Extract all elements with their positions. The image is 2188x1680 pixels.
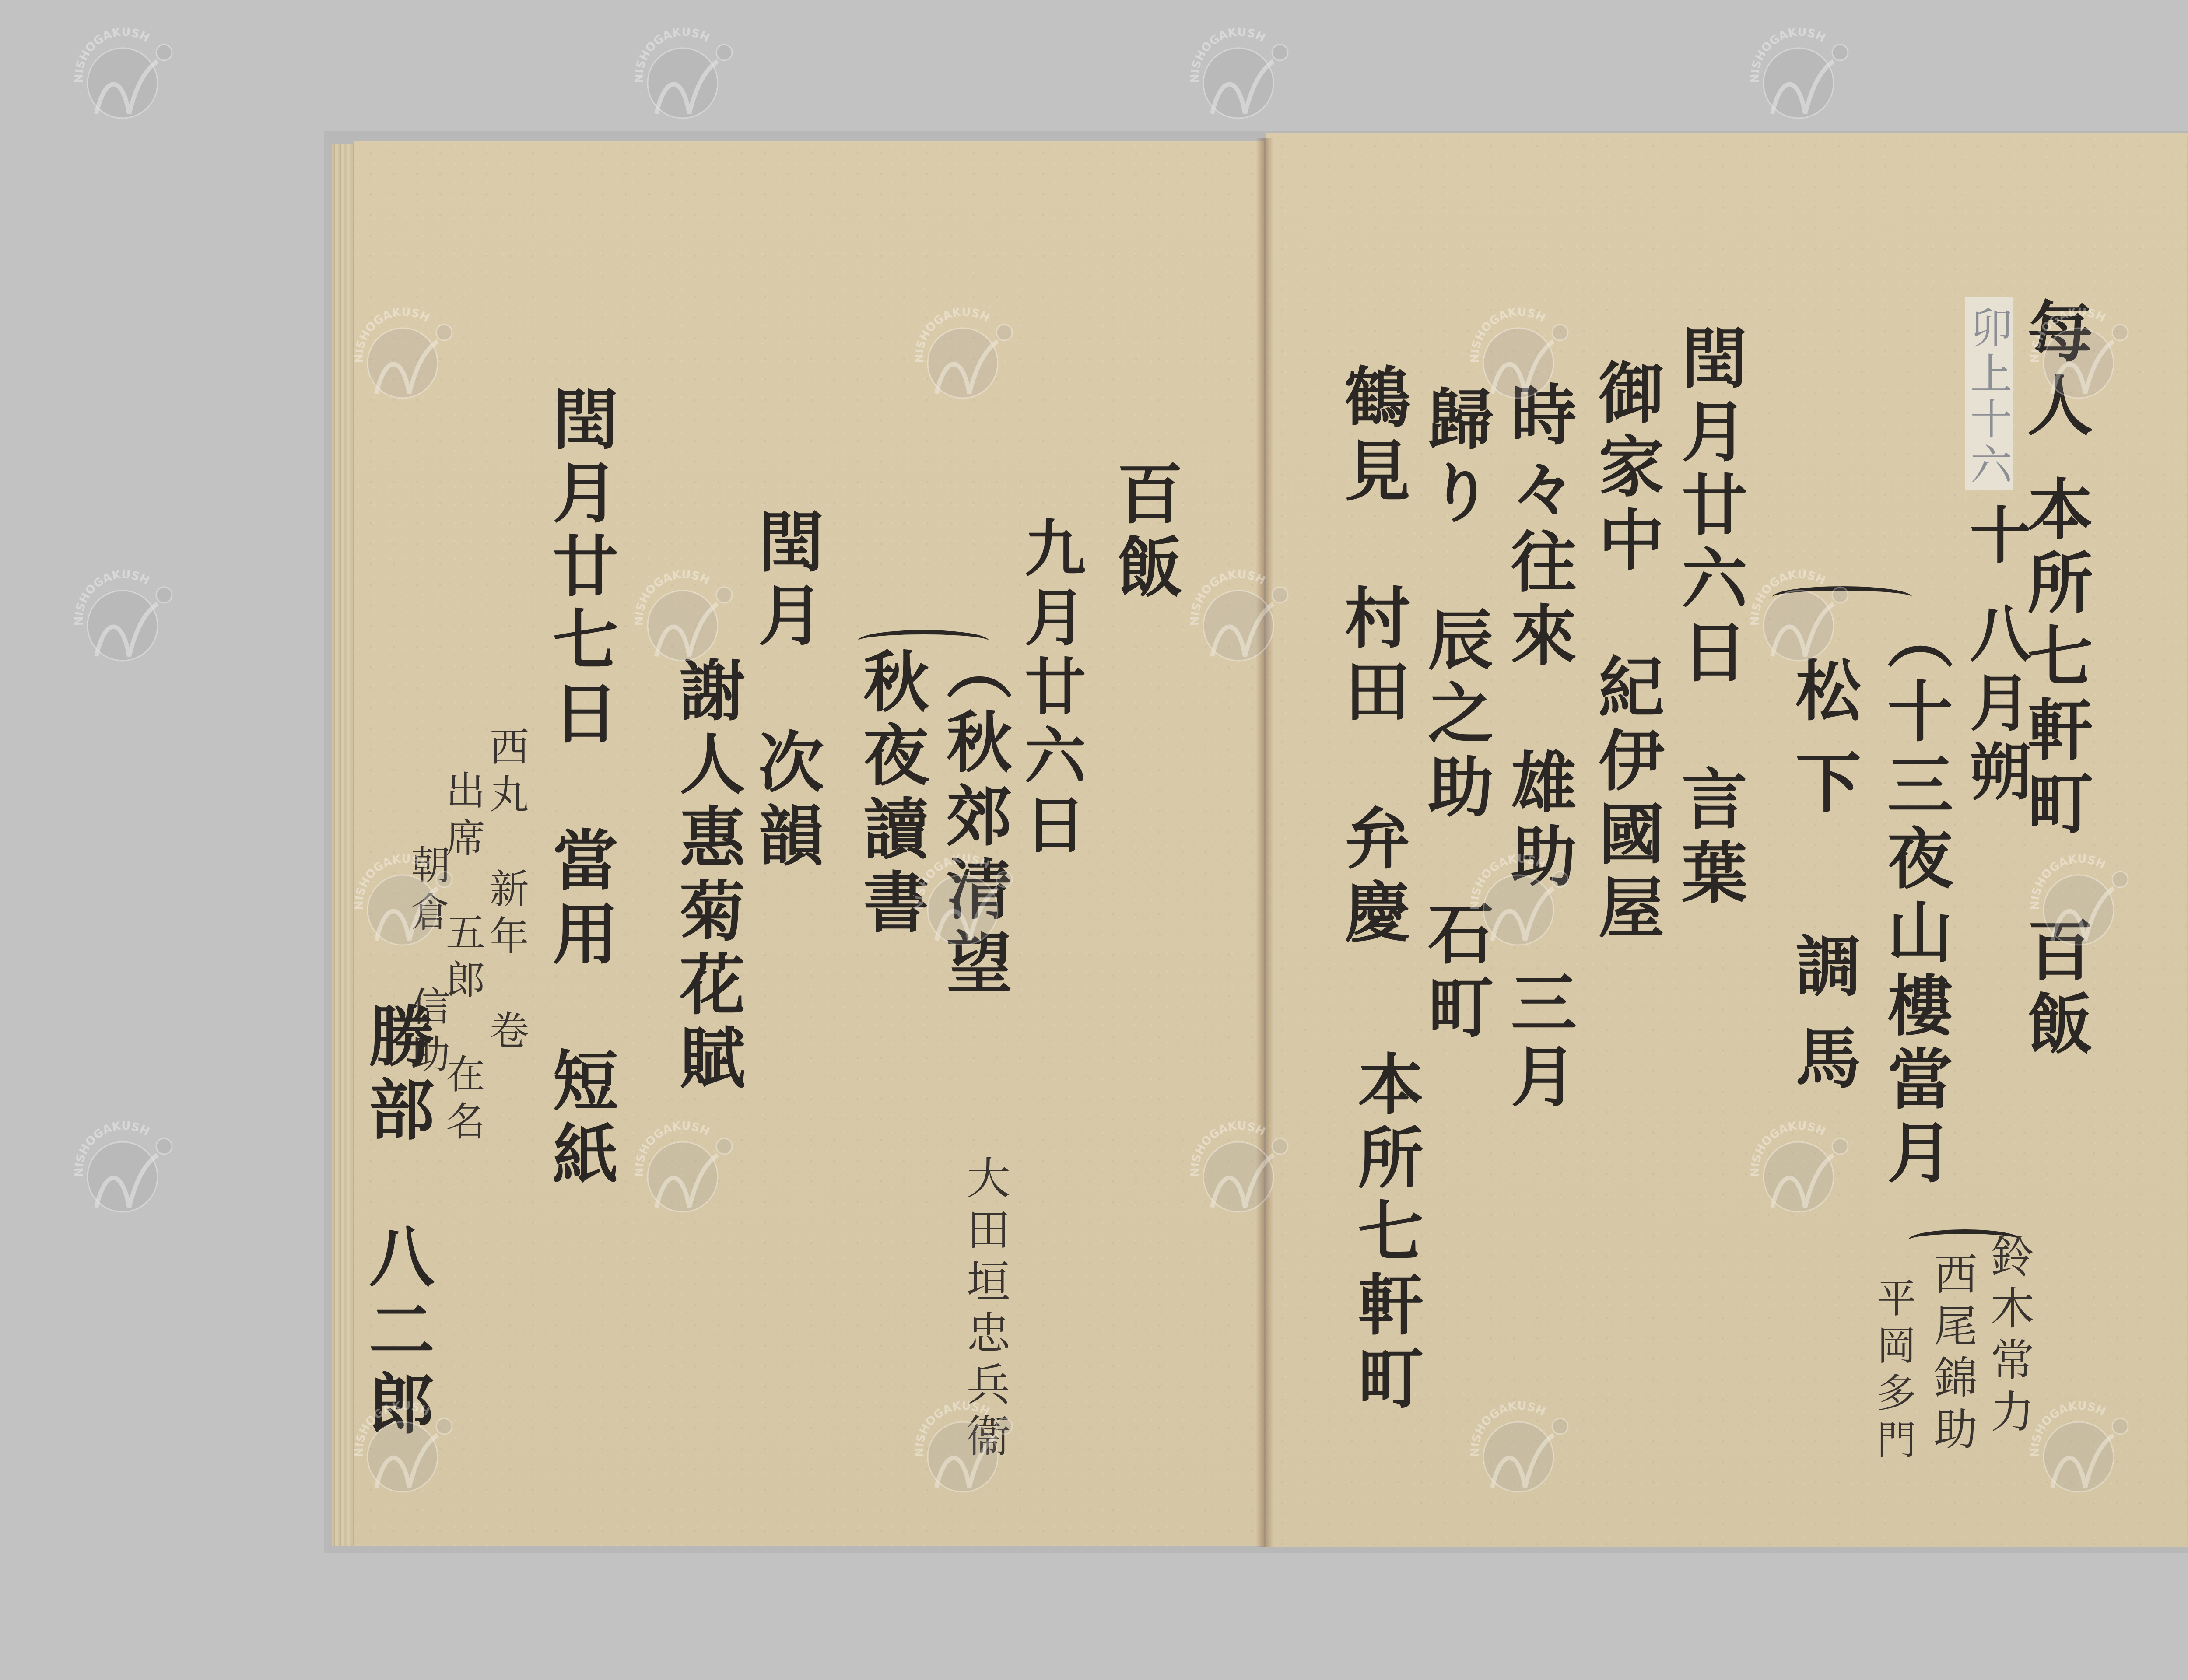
nishogakusha-logo-icon: NISHOGAKUSHA	[74, 26, 175, 127]
left-col-5: 閏月 次韻	[753, 507, 818, 875]
nishogakusha-logo-icon: NISHOGAKUSHA	[915, 1400, 1015, 1501]
right-col-7: 時々往來 雄助 三月	[1505, 381, 1571, 1116]
left-page-stack-edge	[332, 144, 358, 1546]
left-col-4: 秋夜讀書	[858, 647, 923, 941]
right-col-9: 鶴見 村田 弁慶	[1339, 363, 1405, 951]
nishogakusha-logo-icon: NISHOGAKUSHA	[1470, 1400, 1571, 1501]
right-col-6: 御家中 紀伊國屋	[1593, 359, 1659, 947]
nishogakusha-logo-icon: NISHOGAKUSHA	[354, 306, 455, 407]
left-col-1: 百飯	[1112, 459, 1177, 606]
left-col-2: 九月廿六日	[1020, 516, 1081, 862]
left-col-8: 西丸 新年 卷	[486, 726, 525, 1057]
nishogakusha-logo-icon: NISHOGAKUSHA	[915, 853, 1015, 954]
left-col-6: 謝人惠菊花賦	[674, 656, 740, 1097]
nishogakusha-logo-icon: NISHOGAKUSHA	[2030, 306, 2131, 407]
nishogakusha-logo-icon: NISHOGAKUSHA	[354, 1400, 455, 1501]
right-col-4: 松下 調馬	[1790, 656, 1855, 1116]
right-col-5: 閏月廿六日 言葉	[1676, 324, 1742, 912]
right-annotation-2: 西尾錦助	[1930, 1251, 1974, 1458]
nishogakusha-logo-icon: NISHOGAKUSHA	[74, 569, 175, 669]
nishogakusha-logo-icon: NISHOGAKUSHA	[635, 569, 735, 669]
nishogakusha-logo-icon: NISHOGAKUSHA	[1750, 26, 1851, 127]
nishogakusha-logo-icon: NISHOGAKUSHA	[1190, 569, 1291, 669]
nishogakusha-logo-icon: NISHOGAKUSHA	[2030, 853, 2131, 954]
right-col-3: （十三夜山樓當月	[1882, 604, 1947, 1192]
nishogakusha-logo-icon: NISHOGAKUSHA	[1470, 306, 1571, 407]
nishogakusha-logo-icon: NISHOGAKUSHA	[1470, 853, 1571, 954]
nishogakusha-logo-icon: NISHOGAKUSHA	[1750, 1120, 1851, 1221]
nishogakusha-logo-icon: NISHOGAKUSHA	[915, 306, 1015, 407]
nishogakusha-logo-icon: NISHOGAKUSHA	[2030, 1400, 2131, 1501]
right-annotation-1: 鈴木常力	[1987, 1234, 2030, 1440]
left-col-7: 閏月廿七日 當用 短紙	[547, 385, 613, 1193]
nishogakusha-logo-icon: NISHOGAKUSHA	[1190, 1120, 1291, 1221]
nishogakusha-logo-icon: NISHOGAKUSHA	[635, 1120, 735, 1221]
book-gutter	[1256, 138, 1273, 1547]
nishogakusha-logo-icon: NISHOGAKUSHA	[354, 853, 455, 954]
right-annotation-3: 平岡多門	[1873, 1277, 1912, 1466]
label-strip-text: 卯上十六	[1967, 306, 2009, 488]
nishogakusha-logo-icon: NISHOGAKUSHA	[1750, 569, 1851, 669]
right-col-2: 十 八月朔	[1965, 503, 2026, 809]
nishogakusha-logo-icon: NISHOGAKUSHA	[74, 1120, 175, 1221]
left-col-11: 勝部 八二郎	[363, 1002, 429, 1443]
nishogakusha-logo-icon: NISHOGAKUSHA	[635, 26, 735, 127]
right-col-10: 本所七軒町	[1352, 1050, 1418, 1417]
nishogakusha-logo-icon: NISHOGAKUSHA	[1190, 26, 1291, 127]
